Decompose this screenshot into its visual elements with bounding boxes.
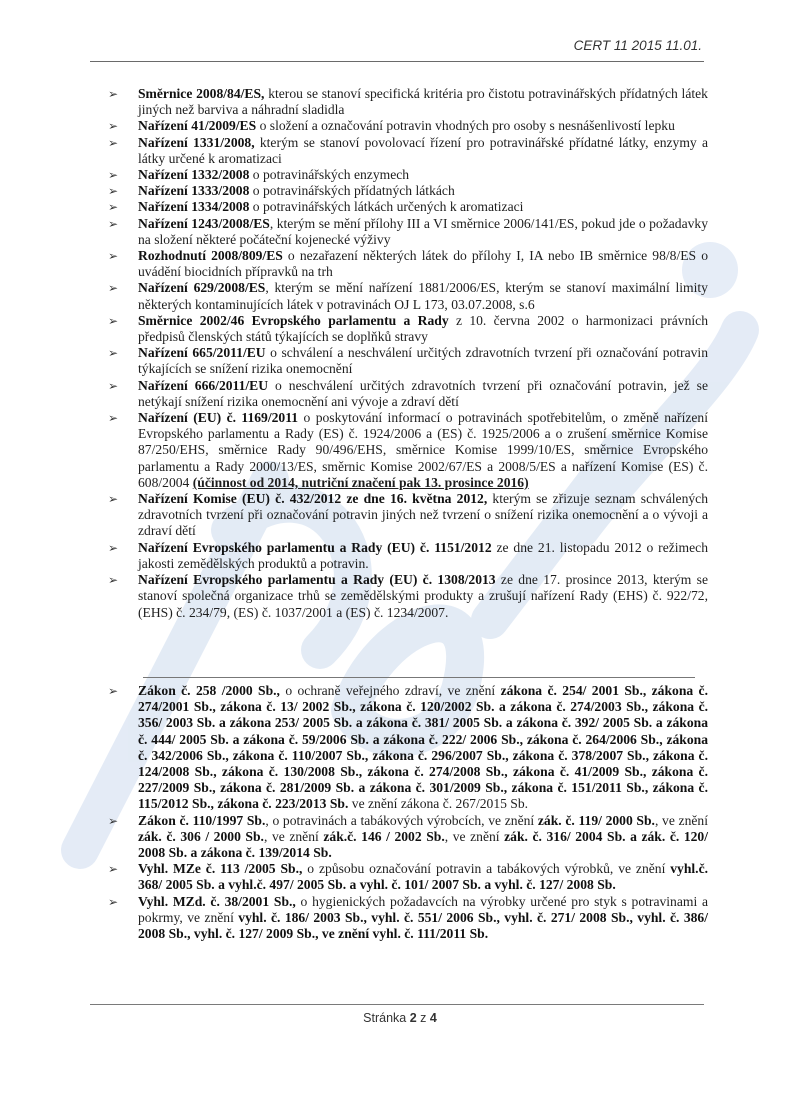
bullet-arrow-icon: ➢ xyxy=(108,572,130,588)
footer-divider xyxy=(90,1004,704,1005)
list-item: ➢Nařízení 41/2009/ES o složení a označov… xyxy=(108,118,708,134)
page-footer: Stránka 2 z 4 xyxy=(0,1011,800,1025)
law-reference: Zákon č. 110/1997 Sb. xyxy=(138,813,265,828)
list-item: ➢Nařízení 1331/2008, kterým se stanoví p… xyxy=(108,135,708,167)
document-code: CERT 11 2015 11.01. xyxy=(574,38,702,53)
law-description: o způsobu označování potravin a tabákový… xyxy=(302,861,670,876)
regulation-description: o potravinářských přídatných látkách xyxy=(249,183,454,198)
regulation-title: Nařízení 1333/2008 xyxy=(138,183,249,198)
law-reference: zák. č. 119/ 2000 Sb. xyxy=(538,813,655,828)
law-description: ve znění zákona č. 267/2015 Sb. xyxy=(348,796,528,811)
regulation-title: Nařízení Evropského parlamentu a Rady (E… xyxy=(138,572,496,587)
list-item: ➢Zákon č. 110/1997 Sb., o potravinách a … xyxy=(108,813,708,862)
bullet-arrow-icon: ➢ xyxy=(108,199,130,215)
bullet-arrow-icon: ➢ xyxy=(108,345,130,361)
list-item: ➢Nařízení 1333/2008 o potravinářských př… xyxy=(108,183,708,199)
bullet-arrow-icon: ➢ xyxy=(108,683,130,699)
law-description: , ve znění xyxy=(655,813,708,828)
regulation-title: Nařízení 1331/2008, xyxy=(138,135,255,150)
list-item: ➢Nařízení 665/2011/EU o schválení a nesc… xyxy=(108,345,708,377)
law-description: , ve znění xyxy=(264,829,323,844)
list-item: ➢Vyhl. MZe č. 113 /2005 Sb., o způsobu o… xyxy=(108,861,708,893)
regulation-title: Nařízení Komise (EU) č. 432/2012 ze dne … xyxy=(138,491,487,506)
bullet-arrow-icon: ➢ xyxy=(108,378,130,394)
law-reference: Zákon č. 258 /2000 Sb., xyxy=(138,683,280,698)
law-description: , ve znění xyxy=(445,829,504,844)
list-item: ➢Zákon č. 258 /2000 Sb., o ochraně veřej… xyxy=(108,683,708,813)
regulation-title: Nařízení 666/2011/EU xyxy=(138,378,268,393)
bullet-arrow-icon: ➢ xyxy=(108,183,130,199)
regulation-description: o složení a označování potravin vhodných… xyxy=(256,118,675,133)
law-reference: zák. č. 306 / 2000 Sb. xyxy=(138,829,264,844)
regulation-title: Nařízení 1243/2008/ES xyxy=(138,216,270,231)
effective-date-note: (účinnost od 2014, nutriční značení pak … xyxy=(193,475,529,490)
regulation-title: Nařízení 41/2009/ES xyxy=(138,118,256,133)
law-description: o ochraně veřejného zdraví, ve znění xyxy=(280,683,501,698)
bullet-arrow-icon: ➢ xyxy=(108,86,130,102)
bullet-arrow-icon: ➢ xyxy=(108,813,130,829)
regulation-title: Směrnice 2008/84/ES, xyxy=(138,86,264,101)
bullet-arrow-icon: ➢ xyxy=(108,216,130,232)
regulation-title: Nařízení 1332/2008 xyxy=(138,167,249,182)
list-item: ➢Nařízení Evropského parlamentu a Rady (… xyxy=(108,540,708,572)
law-description: , o potravinách a tabákových výrobcích, … xyxy=(265,813,538,828)
list-item: ➢Rozhodnutí 2008/809/ES o nezařazení něk… xyxy=(108,248,708,280)
bullet-arrow-icon: ➢ xyxy=(108,861,130,877)
page-of-label: z xyxy=(417,1011,430,1025)
regulation-title: Nařízení Evropského parlamentu a Rady (E… xyxy=(138,540,492,555)
total-pages-number: 4 xyxy=(430,1011,437,1025)
bullet-arrow-icon: ➢ xyxy=(108,135,130,151)
law-reference: Vyhl. MZe č. 113 /2005 Sb., xyxy=(138,861,302,876)
current-page-number: 2 xyxy=(410,1011,417,1025)
regulation-title: Rozhodnutí 2008/809/ES xyxy=(138,248,283,263)
bullet-arrow-icon: ➢ xyxy=(108,118,130,134)
list-item: ➢Nařízení 666/2011/EU o neschválení urči… xyxy=(108,378,708,410)
list-item: ➢Nařízení 1334/2008 o potravinářských lá… xyxy=(108,199,708,215)
bullet-arrow-icon: ➢ xyxy=(108,540,130,556)
list-item: ➢Směrnice 2008/84/ES, kterou se stanoví … xyxy=(108,86,708,118)
bullet-arrow-icon: ➢ xyxy=(108,248,130,264)
bullet-arrow-icon: ➢ xyxy=(108,167,130,183)
page-label: Stránka xyxy=(363,1011,410,1025)
regulation-title: Nařízení 665/2011/EU xyxy=(138,345,266,360)
list-item: ➢Nařízení 629/2008/ES, kterým se mění na… xyxy=(108,280,708,312)
section-divider xyxy=(143,677,695,678)
bullet-arrow-icon: ➢ xyxy=(108,894,130,910)
regulation-title: Nařízení 1334/2008 xyxy=(138,199,249,214)
list-item: ➢Vyhl. MZd. č. 38/2001 Sb., o hygienický… xyxy=(108,894,708,943)
regulation-title: Směrnice 2002/46 Evropského parlamentu a… xyxy=(138,313,449,328)
regulation-description: o potravinářských enzymech xyxy=(249,167,409,182)
eu-regulations-list: ➢Směrnice 2008/84/ES, kterou se stanoví … xyxy=(108,86,708,621)
bullet-arrow-icon: ➢ xyxy=(108,491,130,507)
law-reference: zákona č. 254/ 2001 Sb., zákona č. 274/2… xyxy=(138,683,708,811)
list-item: ➢Nařízení (EU) č. 1169/2011 o poskytován… xyxy=(108,410,708,491)
law-reference: zák.č. 146 / 2002 Sb. xyxy=(323,829,444,844)
law-reference: Vyhl. MZd. č. 38/2001 Sb., xyxy=(138,894,296,909)
regulation-title: Nařízení (EU) č. 1169/2011 xyxy=(138,410,298,425)
regulation-description: o potravinářských látkách určených k aro… xyxy=(249,199,523,214)
list-item: ➢Směrnice 2002/46 Evropského parlamentu … xyxy=(108,313,708,345)
bullet-arrow-icon: ➢ xyxy=(108,313,130,329)
national-laws-list: ➢Zákon č. 258 /2000 Sb., o ochraně veřej… xyxy=(108,683,708,942)
list-item: ➢Nařízení 1243/2008/ES, kterým se mění p… xyxy=(108,216,708,248)
bullet-arrow-icon: ➢ xyxy=(108,410,130,426)
page-header: CERT 11 2015 11.01. xyxy=(90,32,704,62)
bullet-arrow-icon: ➢ xyxy=(108,280,130,296)
regulation-title: Nařízení 629/2008/ES xyxy=(138,280,265,295)
list-item: ➢Nařízení 1332/2008 o potravinářských en… xyxy=(108,167,708,183)
list-item: ➢Nařízení Komise (EU) č. 432/2012 ze dne… xyxy=(108,491,708,540)
list-item: ➢Nařízení Evropského parlamentu a Rady (… xyxy=(108,572,708,621)
